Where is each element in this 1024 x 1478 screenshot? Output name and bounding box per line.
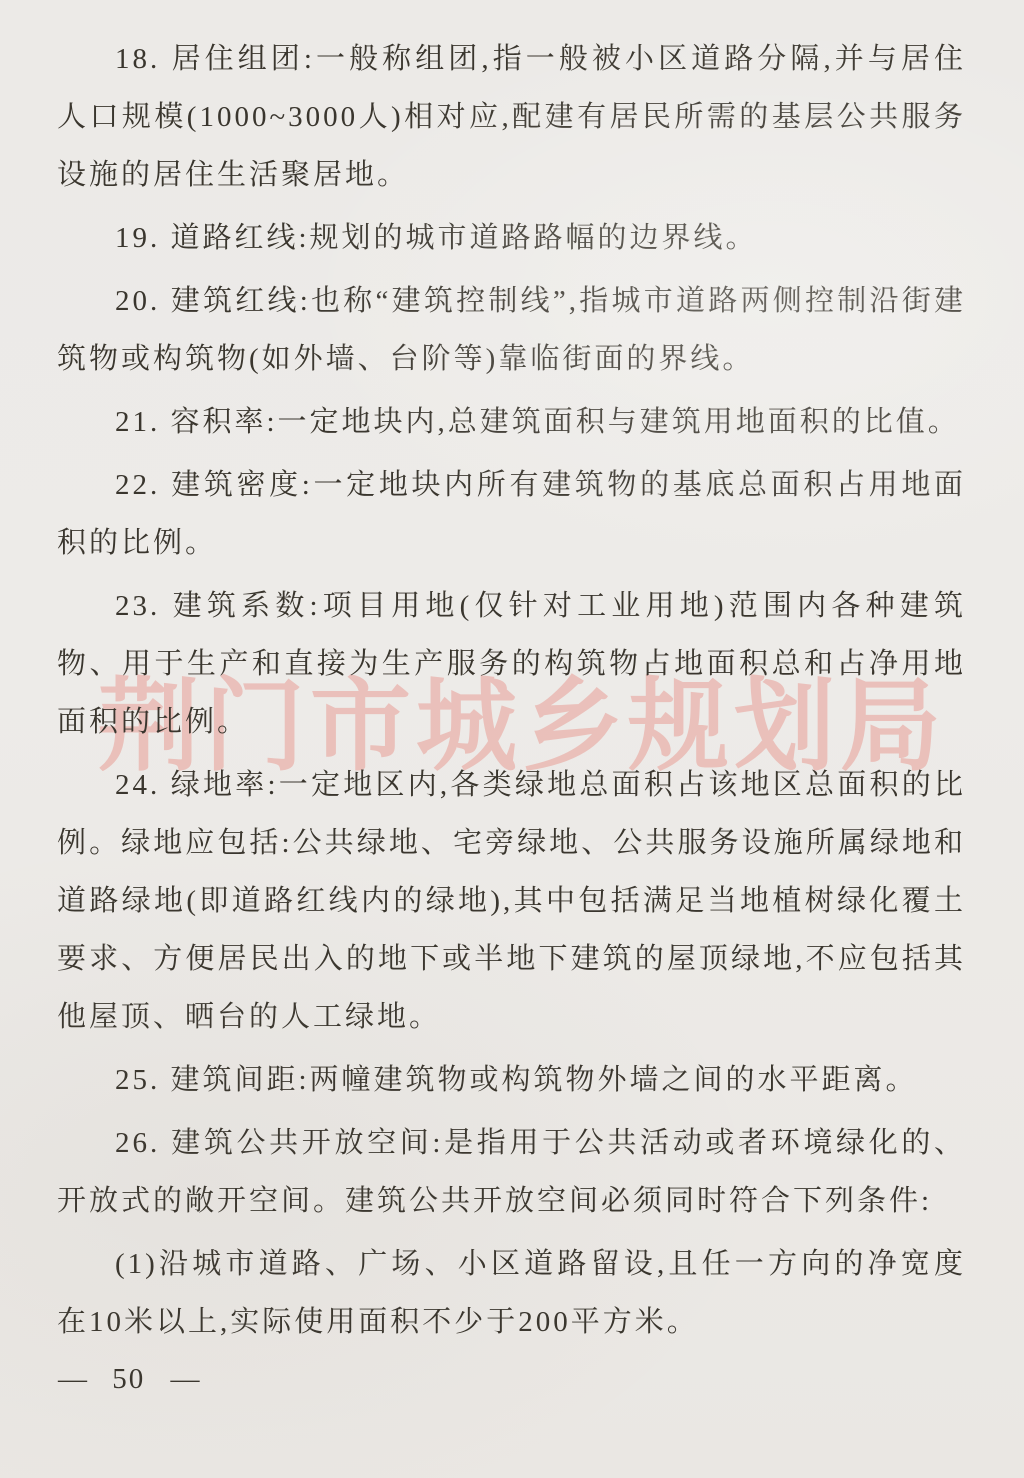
footer-dash-left: —: [58, 1363, 87, 1395]
page-body: 18. 居住组团:一般称组团,指一般被小区道路分隔,并与居住人口规模(1000~…: [57, 30, 966, 1356]
paragraph-item-24: 24. 绿地率:一定地区内,各类绿地总面积占该地区总面积的比例。绿地应包括:公共…: [57, 756, 966, 1046]
paragraph-item-18: 18. 居住组团:一般称组团,指一般被小区道路分隔,并与居住人口规模(1000~…: [57, 30, 966, 204]
paragraph-item-23: 23. 建筑系数:项目用地(仅针对工业用地)范围内各种建筑物、用于生产和直接为生…: [57, 577, 966, 751]
paragraph-item-20: 20. 建筑红线:也称“建筑控制线”,指城市道路两侧控制沿街建筑物或构筑物(如外…: [57, 272, 966, 388]
footer-page-number: 50: [112, 1363, 145, 1395]
footer-dash-right: —: [171, 1363, 200, 1395]
paragraph-item-22: 22. 建筑密度:一定地块内所有建筑物的基底总面积占用地面积的比例。: [57, 456, 966, 572]
paragraph-item-19: 19. 道路红线:规划的城市道路路幅的边界线。: [57, 209, 966, 267]
paragraph-condition-1: (1)沿城市道路、广场、小区道路留设,且任一方向的净宽度在10米以上,实际使用面…: [57, 1235, 966, 1351]
document-page: 荆门市城乡规划局 18. 居住组团:一般称组团,指一般被小区道路分隔,并与居住人…: [0, 0, 1024, 1478]
paragraph-item-26: 26. 建筑公共开放空间:是指用于公共活动或者环境绿化的、开放式的敞开空间。建筑…: [57, 1114, 966, 1230]
page-footer: — 50 —: [58, 1363, 200, 1396]
paragraph-item-25: 25. 建筑间距:两幢建筑物或构筑物外墙之间的水平距离。: [57, 1051, 966, 1109]
paragraph-item-21: 21. 容积率:一定地块内,总建筑面积与建筑用地面积的比值。: [57, 393, 966, 451]
